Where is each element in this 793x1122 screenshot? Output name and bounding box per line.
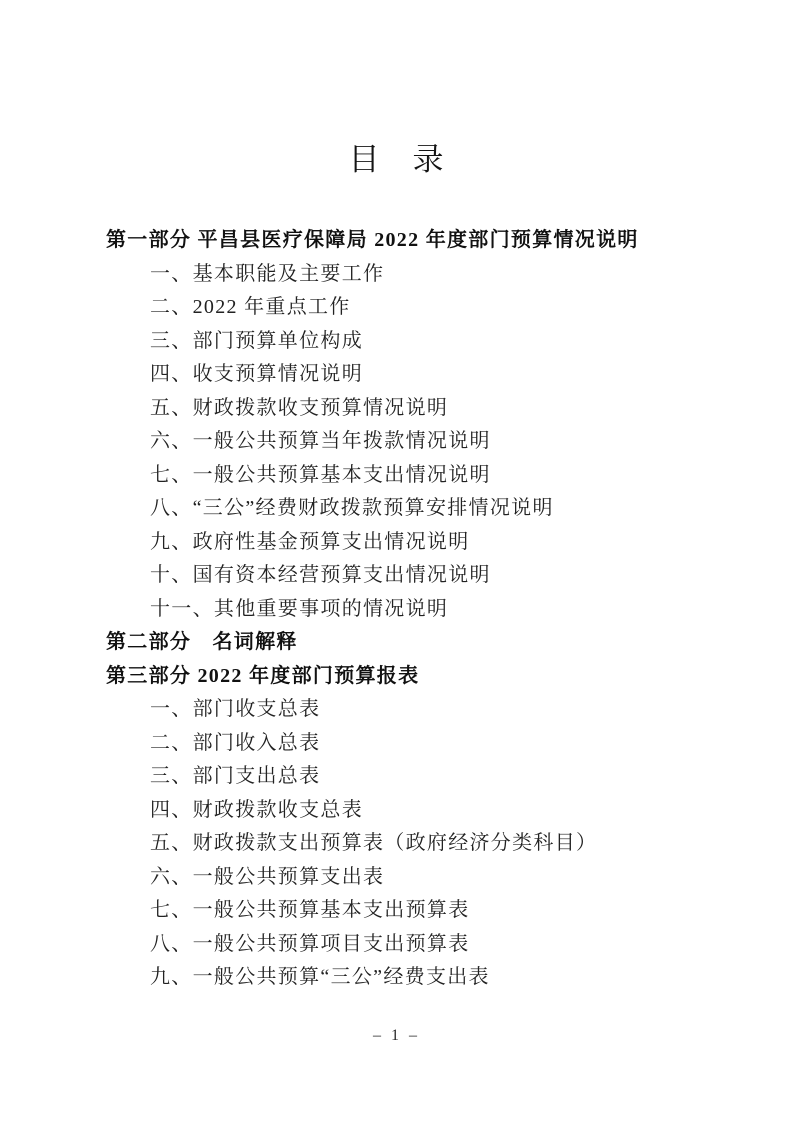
toc-item: 四、收支预算情况说明 [106, 358, 743, 392]
section-heading: 第三部分 2022 年度部门预算报表 [106, 660, 743, 694]
section-heading: 第二部分 名词解释 [106, 626, 743, 660]
toc-item: 一、部门收支总表 [106, 693, 743, 727]
toc-item: 二、2022 年重点工作 [106, 291, 743, 325]
toc-item: 六、一般公共预算当年拨款情况说明 [106, 425, 743, 459]
toc-item: 三、部门支出总表 [106, 760, 743, 794]
table-of-contents: 第一部分 平昌县医疗保障局 2022 年度部门预算情况说明一、基本职能及主要工作… [106, 224, 743, 995]
toc-item: 八、一般公共预算项目支出预算表 [106, 928, 743, 962]
toc-item: 七、一般公共预算基本支出预算表 [106, 894, 743, 928]
toc-item: 十、国有资本经营预算支出情况说明 [106, 559, 743, 593]
toc-item: 九、政府性基金预算支出情况说明 [106, 526, 743, 560]
toc-item: 四、财政拨款收支总表 [106, 794, 743, 828]
toc-item: 一、基本职能及主要工作 [106, 258, 743, 292]
page-title: 目 录 [0, 143, 793, 177]
toc-item: 九、一般公共预算“三公”经费支出表 [106, 961, 743, 995]
toc-item: 十一、其他重要事项的情况说明 [106, 593, 743, 627]
toc-item: 五、财政拨款支出预算表（政府经济分类科目） [106, 827, 743, 861]
toc-item: 二、部门收入总表 [106, 727, 743, 761]
section-heading: 第一部分 平昌县医疗保障局 2022 年度部门预算情况说明 [106, 224, 743, 258]
toc-item: 五、财政拨款收支预算情况说明 [106, 392, 743, 426]
toc-item: 八、“三公”经费财政拨款预算安排情况说明 [106, 492, 743, 526]
toc-item: 三、部门预算单位构成 [106, 325, 743, 359]
toc-item: 七、一般公共预算基本支出情况说明 [106, 459, 743, 493]
document-page: 目 录 第一部分 平昌县医疗保障局 2022 年度部门预算情况说明一、基本职能及… [0, 0, 793, 1122]
toc-item: 六、一般公共预算支出表 [106, 861, 743, 895]
page-number: – 1 – [0, 1027, 793, 1045]
